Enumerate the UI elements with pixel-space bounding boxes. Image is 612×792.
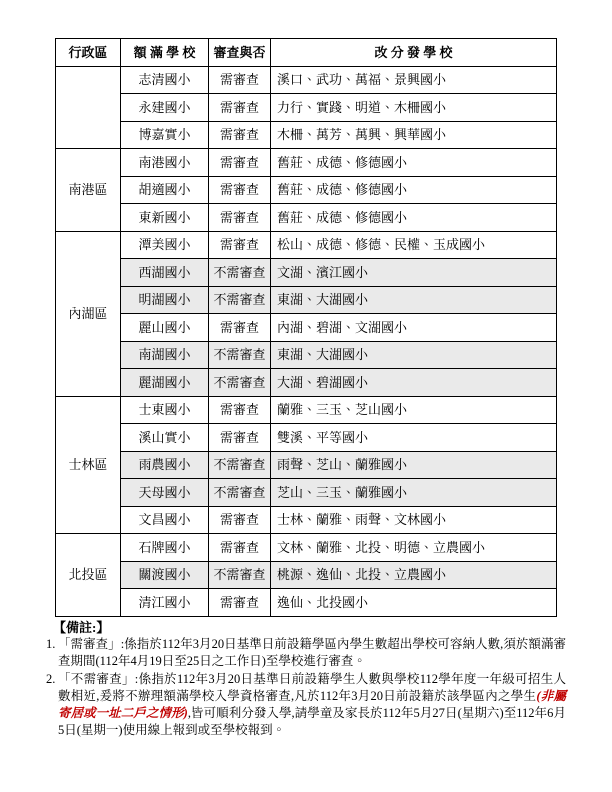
school-cell: 文昌國小 [121, 506, 209, 534]
table-row: 清江國小 需審查 逸仙、北投國小 [56, 589, 557, 617]
school-cell: 南湖國小 [121, 341, 209, 369]
table-row: 北投區 石牌國小 需審查 文林、蘭雅、北投、明德、立農國小 [56, 534, 557, 562]
note-2-text-before: 「不需審查」:係指於112年3月20日基準日前設籍學生人數與學校112學年度一年… [58, 672, 566, 703]
school-cell: 胡適國小 [121, 176, 209, 204]
assigned-schools-cell: 雙溪、平等國小 [271, 424, 557, 452]
table-row: 南湖國小 不需審查 東湖、大湖國小 [56, 341, 557, 369]
school-cell: 麗湖國小 [121, 369, 209, 397]
review-cell: 需審查 [209, 589, 271, 617]
note-text: 「需審查」:係指於112年3月20日基準日前設籍學區內學生數超出學校可容納人數,… [58, 636, 566, 670]
assigned-schools-cell: 蘭雅、三玉、芝山國小 [271, 396, 557, 424]
school-cell: 西湖國小 [121, 259, 209, 287]
review-cell: 需審查 [209, 396, 271, 424]
table-row: 士林區 士東國小 需審查 蘭雅、三玉、芝山國小 [56, 396, 557, 424]
review-cell: 需審查 [209, 176, 271, 204]
header-full-school: 額 滿 學 校 [121, 39, 209, 67]
note-item: 1. 「需審查」:係指於112年3月20日基準日前設籍學區內學生數超出學校可容納… [46, 636, 566, 670]
table-row: 關渡國小 不需審查 桃源、逸仙、北投、立農國小 [56, 561, 557, 589]
table-row: 內湖區 潭美國小 需審查 松山、成德、修德、民權、玉成國小 [56, 231, 557, 259]
table-row: 麗湖國小 不需審查 大湖、碧湖國小 [56, 369, 557, 397]
note-item: 2. 「不需審查」:係指於112年3月20日基準日前設籍學生人數與學校112學年… [46, 671, 566, 740]
review-cell: 不需審查 [209, 286, 271, 314]
school-cell: 東新國小 [121, 204, 209, 232]
table-row: 天母國小 不需審查 芝山、三玉、蘭雅國小 [56, 479, 557, 507]
review-cell: 需審查 [209, 94, 271, 122]
school-cell: 天母國小 [121, 479, 209, 507]
review-cell: 不需審查 [209, 341, 271, 369]
note-number: 1. [46, 636, 58, 670]
table-row: 博嘉實小 需審查 木柵、萬芳、萬興、興華國小 [56, 121, 557, 149]
table-row: 志清國小 需審查 溪口、武功、萬福、景興國小 [56, 66, 557, 94]
school-placement-table: 行政區 額 滿 學 校 審查與否 改 分 發 學 校 志清國小 需審查 溪口、武… [55, 38, 557, 617]
table-row: 溪山實小 需審查 雙溪、平等國小 [56, 424, 557, 452]
note-number: 2. [46, 671, 58, 740]
school-cell: 關渡國小 [121, 561, 209, 589]
assigned-schools-cell: 東湖、大湖國小 [271, 286, 557, 314]
review-cell: 需審查 [209, 149, 271, 177]
review-cell: 需審查 [209, 231, 271, 259]
table-row: 東新國小 需審查 舊莊、成德、修德國小 [56, 204, 557, 232]
note-text: 「不需審查」:係指於112年3月20日基準日前設籍學生人數與學校112學年度一年… [58, 671, 566, 740]
district-cell: 南港區 [56, 149, 121, 232]
assigned-schools-cell: 溪口、武功、萬福、景興國小 [271, 66, 557, 94]
school-cell: 潭美國小 [121, 231, 209, 259]
document-page: 行政區 額 滿 學 校 審查與否 改 分 發 學 校 志清國小 需審查 溪口、武… [0, 0, 612, 792]
assigned-schools-cell: 舊莊、成德、修德國小 [271, 176, 557, 204]
header-district: 行政區 [56, 39, 121, 67]
notes-heading: 【備註:】 [53, 619, 566, 636]
assigned-schools-cell: 力行、實踐、明道、木柵國小 [271, 94, 557, 122]
review-cell: 需審查 [209, 534, 271, 562]
school-cell: 永建國小 [121, 94, 209, 122]
table-row: 明湖國小 不需審查 東湖、大湖國小 [56, 286, 557, 314]
review-cell: 需審查 [209, 121, 271, 149]
review-cell: 需審查 [209, 506, 271, 534]
assigned-schools-cell: 舊莊、成德、修德國小 [271, 149, 557, 177]
table-row: 南港區 南港國小 需審查 舊莊、成德、修德國小 [56, 149, 557, 177]
assigned-schools-cell: 文林、蘭雅、北投、明德、立農國小 [271, 534, 557, 562]
table-row: 西湖國小 不需審查 文湖、濱江國小 [56, 259, 557, 287]
review-cell: 不需審查 [209, 259, 271, 287]
review-cell: 需審查 [209, 424, 271, 452]
table-row: 永建國小 需審查 力行、實踐、明道、木柵國小 [56, 94, 557, 122]
table-header-row: 行政區 額 滿 學 校 審查與否 改 分 發 學 校 [56, 39, 557, 67]
review-cell: 需審查 [209, 314, 271, 342]
table-row: 雨農國小 不需審查 雨聲、芝山、蘭雅國小 [56, 451, 557, 479]
district-cell [56, 66, 121, 149]
district-cell: 北投區 [56, 534, 121, 617]
school-cell: 雨農國小 [121, 451, 209, 479]
review-cell: 需審查 [209, 204, 271, 232]
assigned-schools-cell: 士林、蘭雅、雨聲、文林國小 [271, 506, 557, 534]
assigned-schools-cell: 舊莊、成德、修德國小 [271, 204, 557, 232]
review-cell: 需審查 [209, 66, 271, 94]
assigned-schools-cell: 桃源、逸仙、北投、立農國小 [271, 561, 557, 589]
district-cell: 內湖區 [56, 231, 121, 396]
table-row: 胡適國小 需審查 舊莊、成德、修德國小 [56, 176, 557, 204]
header-reassigned-schools: 改 分 發 學 校 [271, 39, 557, 67]
assigned-schools-cell: 松山、成德、修德、民權、玉成國小 [271, 231, 557, 259]
note-1-text: 「需審查」:係指於112年3月20日基準日前設籍學區內學生數超出學校可容納人數,… [58, 637, 566, 668]
school-cell: 士東國小 [121, 396, 209, 424]
review-cell: 不需審查 [209, 369, 271, 397]
assigned-schools-cell: 東湖、大湖國小 [271, 341, 557, 369]
assigned-schools-cell: 內湖、碧湖、文湖國小 [271, 314, 557, 342]
table-row: 文昌國小 需審查 士林、蘭雅、雨聲、文林國小 [56, 506, 557, 534]
school-cell: 南港國小 [121, 149, 209, 177]
table-row: 麗山國小 需審查 內湖、碧湖、文湖國小 [56, 314, 557, 342]
assigned-schools-cell: 木柵、萬芳、萬興、興華國小 [271, 121, 557, 149]
assigned-schools-cell: 文湖、濱江國小 [271, 259, 557, 287]
school-cell: 志清國小 [121, 66, 209, 94]
assigned-schools-cell: 大湖、碧湖國小 [271, 369, 557, 397]
district-cell: 士林區 [56, 396, 121, 534]
review-cell: 不需審查 [209, 561, 271, 589]
school-cell: 麗山國小 [121, 314, 209, 342]
school-cell: 清江國小 [121, 589, 209, 617]
header-review-required: 審查與否 [209, 39, 271, 67]
review-cell: 不需審查 [209, 451, 271, 479]
assigned-schools-cell: 芝山、三玉、蘭雅國小 [271, 479, 557, 507]
school-cell: 石牌國小 [121, 534, 209, 562]
school-cell: 博嘉實小 [121, 121, 209, 149]
assigned-schools-cell: 逸仙、北投國小 [271, 589, 557, 617]
notes-section: 【備註:】 1. 「需審查」:係指於112年3月20日基準日前設籍學區內學生數超… [46, 619, 566, 739]
review-cell: 不需審查 [209, 479, 271, 507]
assigned-schools-cell: 雨聲、芝山、蘭雅國小 [271, 451, 557, 479]
school-cell: 溪山實小 [121, 424, 209, 452]
school-cell: 明湖國小 [121, 286, 209, 314]
